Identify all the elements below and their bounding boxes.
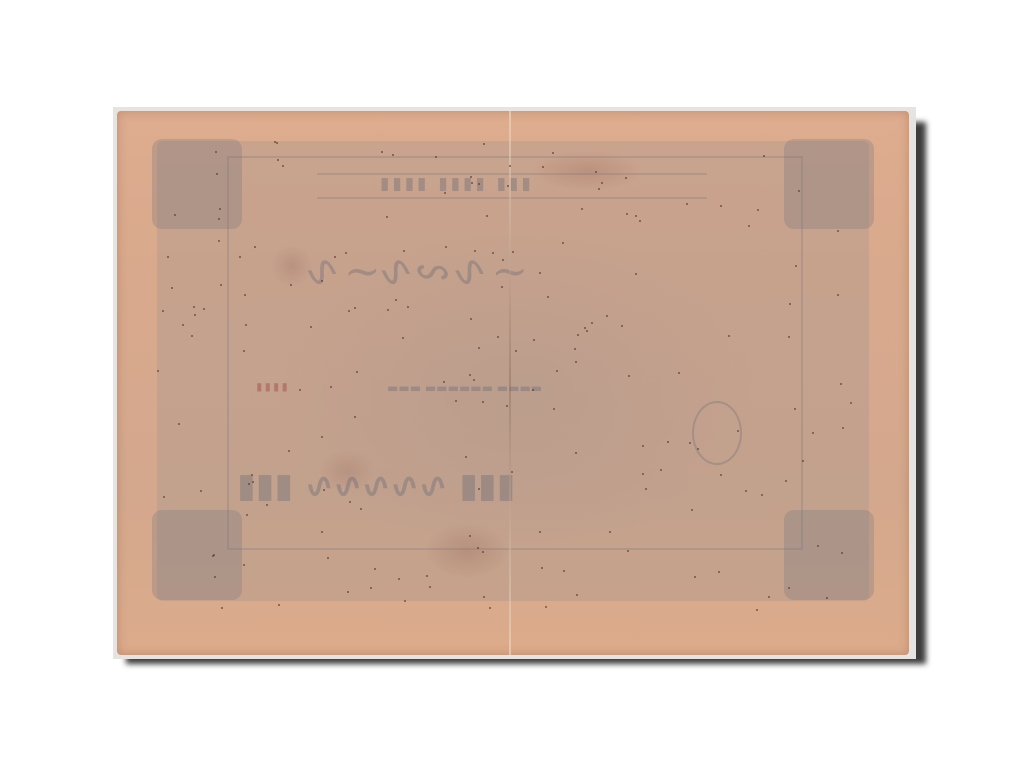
speck — [246, 514, 248, 516]
speck — [218, 218, 220, 220]
speck — [850, 402, 852, 404]
speck — [595, 171, 597, 173]
speck — [756, 609, 758, 611]
speck — [748, 225, 750, 227]
speck — [761, 494, 763, 496]
speck — [191, 335, 193, 337]
speck — [435, 156, 437, 158]
speck — [395, 299, 397, 301]
speck — [686, 203, 688, 205]
speck — [243, 350, 245, 352]
speck — [334, 256, 336, 258]
speck — [347, 591, 349, 593]
speck — [203, 308, 205, 310]
speck — [506, 405, 508, 407]
speck — [763, 155, 765, 157]
speck — [398, 578, 400, 580]
speck — [473, 379, 475, 381]
speck — [403, 250, 405, 252]
speck — [584, 327, 586, 329]
speck — [386, 216, 388, 218]
speck — [277, 159, 279, 161]
show-through-text-line: ▬▬▬▬ ▬▬▬▬▬▬ ▬▬▬ — [387, 381, 542, 395]
speck — [556, 370, 558, 372]
speck — [443, 381, 445, 383]
speck — [239, 256, 241, 258]
speck — [507, 185, 509, 187]
speck — [200, 490, 202, 492]
show-through-seal — [692, 401, 742, 465]
speck — [354, 307, 356, 309]
speck — [327, 557, 329, 559]
speck — [471, 182, 473, 184]
speck — [182, 324, 184, 326]
speck — [642, 445, 644, 447]
speck — [542, 166, 544, 168]
speck — [426, 575, 428, 577]
speck — [575, 452, 577, 454]
show-through-script: ∽∿∾∿∽∿ — [307, 246, 528, 297]
speck — [243, 564, 245, 566]
speck — [837, 294, 839, 296]
speck — [429, 586, 431, 588]
speck — [720, 474, 722, 476]
speck — [627, 550, 629, 552]
speck — [694, 576, 696, 578]
speck — [404, 600, 406, 602]
speck — [288, 450, 290, 452]
banknote-reverse: ▮▮▮ ▮▮▮▮ ▮▮▮▮ ∽∿∾∿∽∿ ▬▬▬▬ ▬▬▬▬▬▬ ▬▬▬ ▮▮▮… — [117, 111, 909, 655]
show-through-serial: ▮▮▮▮ — [255, 379, 289, 395]
speck — [219, 208, 221, 210]
speck — [370, 587, 372, 589]
speck — [469, 374, 471, 376]
speck — [737, 430, 739, 432]
speck — [502, 259, 504, 261]
speck — [826, 597, 828, 599]
speck — [577, 334, 579, 336]
speck — [244, 294, 246, 296]
speck — [840, 383, 842, 385]
speck — [360, 508, 362, 510]
speck — [290, 284, 292, 286]
speck — [545, 606, 547, 608]
speck — [501, 286, 503, 288]
speck — [278, 604, 280, 606]
show-through-denomination: ▮▮▮ ∿∿∿∿∿ ▮▮▮ — [237, 466, 515, 506]
speck — [323, 489, 325, 491]
speck — [482, 551, 484, 553]
speck — [553, 408, 555, 410]
speck — [598, 188, 600, 190]
speck — [221, 607, 223, 609]
speck — [354, 416, 356, 418]
speck — [515, 350, 517, 352]
speck — [171, 287, 173, 289]
speck — [794, 408, 796, 410]
speck — [547, 296, 549, 298]
speck — [482, 401, 484, 403]
center-fold — [509, 111, 511, 655]
speck — [489, 607, 491, 609]
speck — [321, 436, 323, 438]
speck — [356, 371, 358, 373]
speck — [718, 571, 720, 573]
speck — [348, 310, 350, 312]
